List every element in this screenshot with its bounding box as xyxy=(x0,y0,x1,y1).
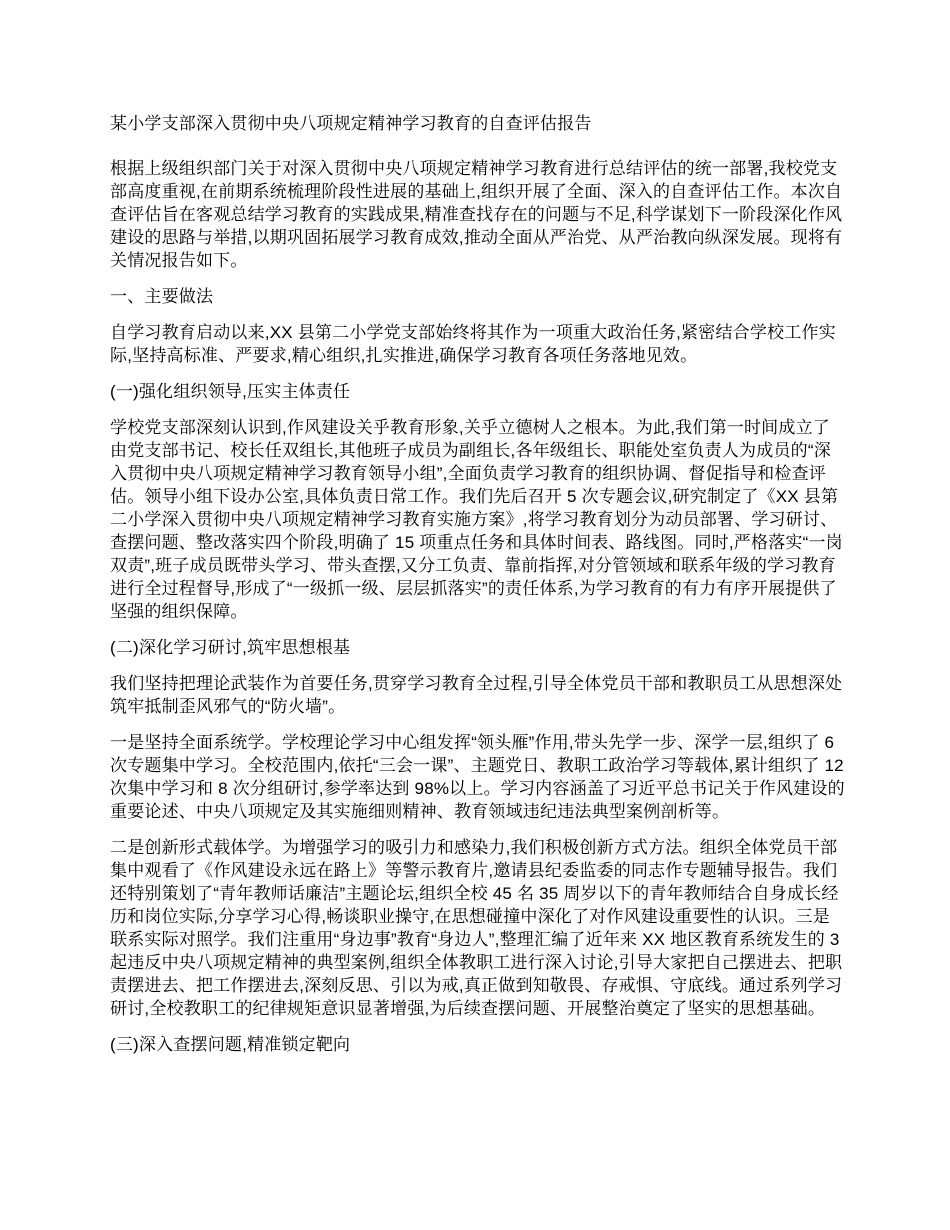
paragraph-intro: 根据上级组织部门关于对深入贯彻中央八项规定精神学习教育进行总结评估的统一部署,我… xyxy=(110,157,846,272)
document-page: 某小学支部深入贯彻中央八项规定精神学习教育的自查评估报告 根据上级组织部门关于对… xyxy=(0,0,950,1109)
paragraph-systematic-study: 一是坚持全面系统学。学校理论学习中心组发挥“领头雁”作用,带头先学一步、深学一层… xyxy=(110,731,846,823)
section-heading-main-practices: 一、主要做法 xyxy=(110,285,846,308)
document-title: 某小学支部深入贯彻中央八项规定精神学习教育的自查评估报告 xyxy=(110,112,846,135)
section-heading-problem-identification: (三)深入查摆问题,精准锁定靶向 xyxy=(110,1033,846,1056)
paragraph-organization-leadership: 学校党支部深刻认识到,作风建设关乎教育形象,关乎立德树人之根本。为此,我们第一时… xyxy=(110,416,846,623)
section-heading-organization-leadership: (一)强化组织领导,压实主体责任 xyxy=(110,380,846,403)
section-heading-study-discussion: (二)深化学习研讨,筑牢思想根基 xyxy=(110,636,846,659)
paragraph-overview: 自学习教育启动以来,XX 县第二小学党支部始终将其作为一项重大政治任务,紧密结合… xyxy=(110,321,846,367)
paragraph-innovative-study: 二是创新形式载体学。为增强学习的吸引力和感染力,我们积极创新方式方法。组织全体党… xyxy=(110,836,846,1020)
paragraph-study-discussion-intro: 我们坚持把理论武装作为首要任务,贯穿学习教育全过程,引导全体党员干部和教职员工从… xyxy=(110,672,846,718)
